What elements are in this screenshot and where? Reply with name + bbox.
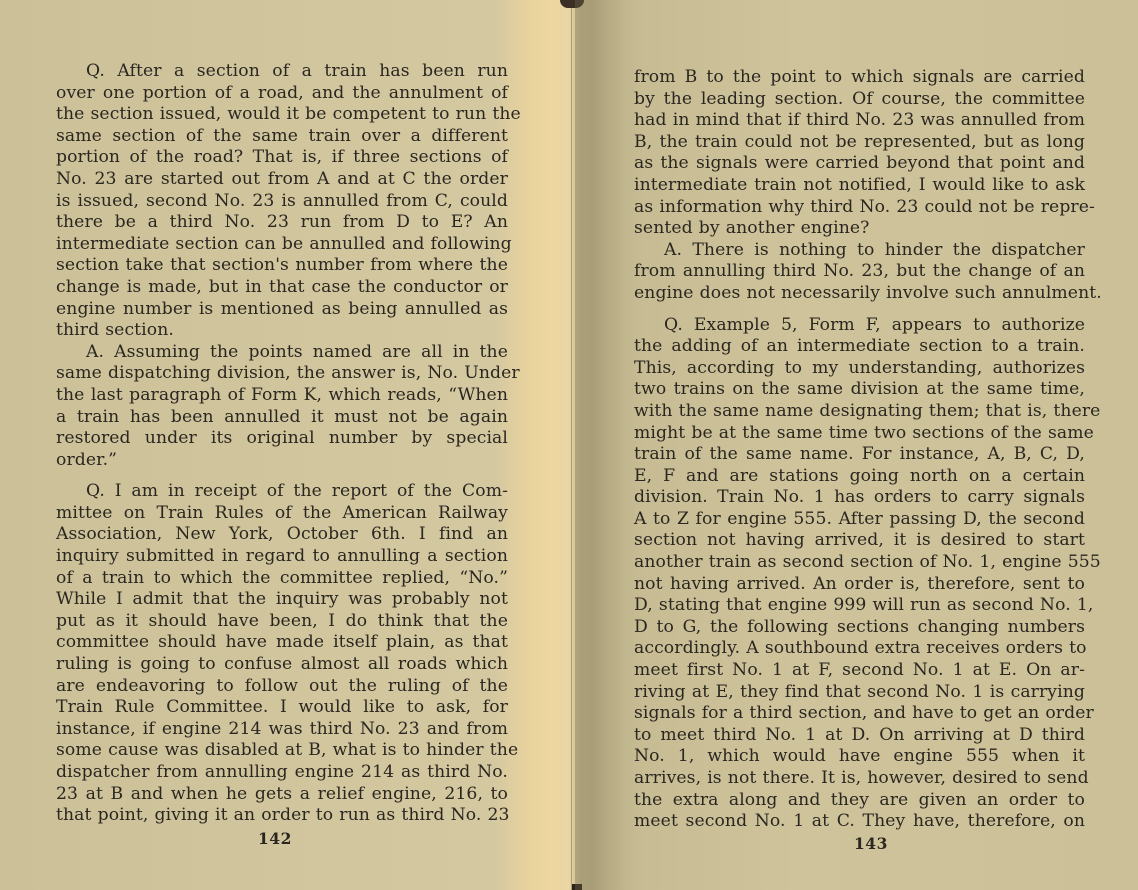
text-line: had in mind that if third No. 23 was ann…	[634, 110, 1085, 132]
text-line: that point, giving it an order to run as…	[56, 805, 508, 827]
text-line: portion of the road? That is, if three s…	[56, 147, 508, 169]
text-line: the extra along and they are given an or…	[634, 790, 1085, 812]
text-line: from B to the point to which signals are…	[634, 67, 1085, 89]
text-line: restored under its original number by sp…	[56, 428, 508, 450]
text-line: meet first No. 1 at F, second No. 1 at E…	[634, 660, 1085, 682]
text-line: change is made, but in that case the con…	[56, 277, 508, 299]
text-line: are endeavoring to follow out the ruling…	[56, 676, 508, 698]
paragraph-gap	[56, 471, 508, 481]
text-line: A to Z for engine 555. After passing D, …	[634, 509, 1085, 531]
text-line: same section of the same train over a di…	[56, 126, 508, 148]
text-line: Association, New York, October 6th. I fi…	[56, 524, 508, 546]
right-page: from B to the point to which signals are…	[575, 0, 1138, 890]
text-line: instance, if engine 214 was third No. 23…	[56, 719, 508, 741]
text-line: to meet third No. 1 at D. On arriving at…	[634, 725, 1085, 747]
text-line: over one portion of a road, and the annu…	[56, 83, 508, 105]
text-line: Q. I am in receipt of the report of the …	[56, 481, 508, 503]
text-line: put as it should have been, I do think t…	[56, 611, 508, 633]
text-line: as information why third No. 23 could no…	[634, 197, 1085, 219]
question-paragraph: Q. Example 5, Form F, appears to authori…	[634, 315, 1085, 833]
text-line: intermediate train not notified, I would…	[634, 175, 1085, 197]
text-line: signals for a third section, and have to…	[634, 703, 1085, 725]
text-line: of a train to which the committee replie…	[56, 568, 508, 590]
text-line: A. Assuming the points named are all in …	[56, 342, 508, 364]
right-page-text: from B to the point to which signals are…	[634, 67, 1085, 833]
text-line: Q. Example 5, Form F, appears to authori…	[634, 315, 1085, 337]
text-line: engine does not necessarily involve such…	[634, 283, 1085, 305]
text-line: dispatcher from annulling engine 214 as …	[56, 762, 508, 784]
text-line: B, the train could not be represented, b…	[634, 132, 1085, 154]
text-line: as the signals were carried beyond that …	[634, 153, 1085, 175]
text-line: mittee on Train Rules of the American Ra…	[56, 503, 508, 525]
question-paragraph: Q. After a section of a train has been r…	[56, 61, 508, 342]
text-line: order.”	[56, 450, 508, 472]
text-line: the last paragraph of Form K, which read…	[56, 385, 508, 407]
text-line: is issued, second No. 23 is annulled fro…	[56, 191, 508, 213]
text-line: by the leading section. Of course, the c…	[634, 89, 1085, 111]
text-line: a train has been annulled it must not be…	[56, 407, 508, 429]
page-number: 143	[854, 834, 888, 853]
text-line: No. 1, which would have engine 555 when …	[634, 746, 1085, 768]
text-line: with the same name designating them; tha…	[634, 401, 1085, 423]
text-line: two trains on the same division at the s…	[634, 379, 1085, 401]
text-line: 23 at B and when he gets a relief engine…	[56, 784, 508, 806]
text-line: there be a third No. 23 run from D to E?…	[56, 212, 508, 234]
page-number: 142	[258, 829, 292, 848]
text-line: D, stating that engine 999 will run as s…	[634, 595, 1085, 617]
paragraph-gap	[634, 305, 1085, 315]
answer-paragraph: A. Assuming the points named are all in …	[56, 342, 508, 472]
text-line: meet second No. 1 at C. They have, there…	[634, 811, 1085, 833]
left-page: Q. After a section of a train has been r…	[0, 0, 560, 890]
question-paragraph: Q. I am in receipt of the report of the …	[56, 481, 508, 827]
text-line: intermediate section can be annulled and…	[56, 234, 508, 256]
book-spread: Q. After a section of a train has been r…	[0, 0, 1138, 890]
text-line: section take that section's number from …	[56, 255, 508, 277]
text-line: from annulling third No. 23, but the cha…	[634, 261, 1085, 283]
text-line: train of the same name. For instance, A,…	[634, 444, 1085, 466]
text-line: This, according to my understanding, aut…	[634, 358, 1085, 380]
text-line: accordingly. A southbound extra receives…	[634, 638, 1085, 660]
continued-paragraph: from B to the point to which signals are…	[634, 67, 1085, 240]
text-line: Q. After a section of a train has been r…	[56, 61, 508, 83]
text-line: third section.	[56, 320, 508, 342]
text-line: section not having arrived, it is desire…	[634, 530, 1085, 552]
answer-paragraph: A. There is nothing to hinder the dispat…	[634, 240, 1085, 305]
text-line: might be at the same time two sections o…	[634, 423, 1085, 445]
text-line: sented by another engine?	[634, 218, 1085, 240]
text-line: Train Rule Committee. I would like to as…	[56, 697, 508, 719]
text-line: same dispatching division, the answer is…	[56, 363, 508, 385]
text-line: some cause was disabled at B, what is to…	[56, 740, 508, 762]
left-page-text: Q. After a section of a train has been r…	[56, 61, 508, 827]
text-line: A. There is nothing to hinder the dispat…	[634, 240, 1085, 262]
text-line: No. 23 are started out from A and at C t…	[56, 169, 508, 191]
text-line: another train as second section of No. 1…	[634, 552, 1085, 574]
text-line: inquiry submitted in regard to annulling…	[56, 546, 508, 568]
text-line: division. Train No. 1 has orders to carr…	[634, 487, 1085, 509]
text-line: While I admit that the inquiry was proba…	[56, 589, 508, 611]
text-line: the adding of an intermediate section to…	[634, 336, 1085, 358]
text-line: the section issued, would it be competen…	[56, 104, 508, 126]
text-line: E, F and are stations going north on a c…	[634, 466, 1085, 488]
text-line: arrives, is not there. It is, however, d…	[634, 768, 1085, 790]
text-line: not having arrived. An order is, therefo…	[634, 574, 1085, 596]
text-line: committee should have made itself plain,…	[56, 632, 508, 654]
book-gutter	[571, 0, 572, 890]
text-line: engine number is mentioned as being annu…	[56, 299, 508, 321]
text-line: riving at E, they find that second No. 1…	[634, 682, 1085, 704]
text-line: D to G, the following sections changing …	[634, 617, 1085, 639]
text-line: ruling is going to confuse almost all ro…	[56, 654, 508, 676]
